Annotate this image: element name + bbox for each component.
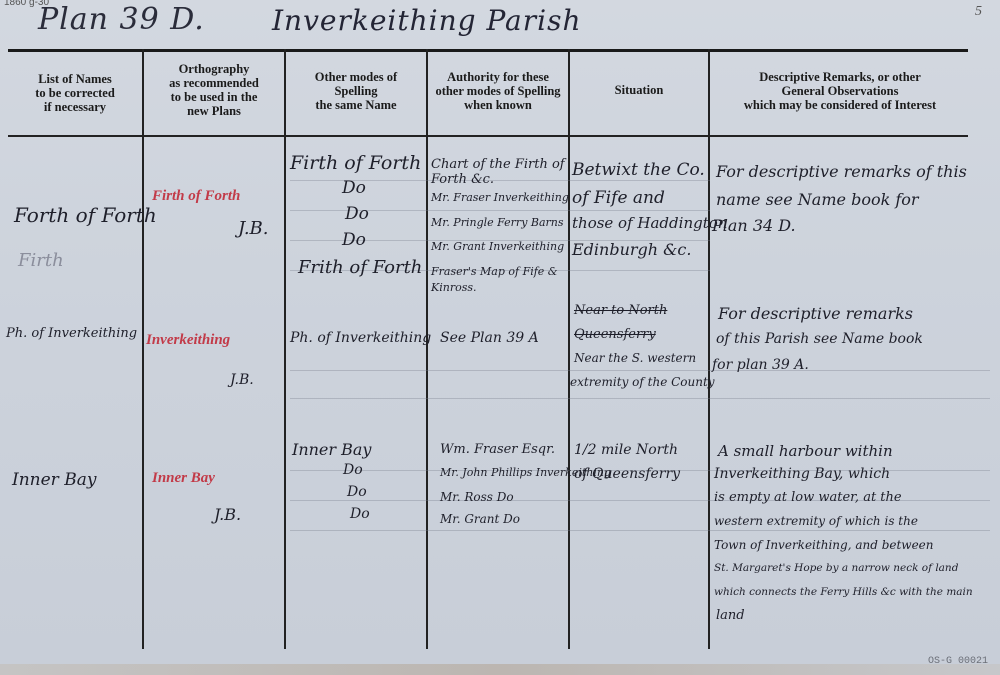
authority: Fraser's Map of Fife & Kinross. <box>431 264 561 296</box>
header-remarks: Descriptive Remarks, or other General Ob… <box>712 70 968 112</box>
remark-line: name see Name book for <box>716 190 919 209</box>
column-divider <box>284 49 286 649</box>
other-mode: Do <box>347 484 367 500</box>
entry-initials: J.B. <box>238 218 269 239</box>
remark-line: For descriptive remarks of this <box>716 162 967 181</box>
other-mode: Do <box>342 230 366 250</box>
remark-line: for plan 39 A. <box>712 357 809 373</box>
ruled-line <box>290 530 990 531</box>
entry-name: Ph. of Inverkeithing <box>6 326 137 341</box>
situation-struck: Near to North <box>574 303 667 318</box>
other-mode: Do <box>345 204 369 224</box>
entry-name: Forth of Forth <box>14 203 157 227</box>
situation: extremity of the County <box>570 375 715 389</box>
column-divider <box>142 49 144 649</box>
entry-initials: J.B. <box>214 505 241 524</box>
authority: Mr. Fraser Inverkeithing <box>431 191 569 204</box>
remark-line: which connects the Ferry Hills &c with t… <box>714 586 973 598</box>
authority: Mr. Ross Do <box>440 490 514 504</box>
ruled-line <box>290 370 990 371</box>
situation: of Fife and <box>572 188 665 208</box>
column-divider <box>568 49 570 649</box>
remark-line: St. Margaret's Hope by a narrow neck of … <box>714 562 958 574</box>
header-rule <box>8 135 968 137</box>
remark-line: of this Parish see Name book <box>716 331 923 347</box>
situation-struck: Queensferry <box>574 327 656 342</box>
plan-label: Plan 39 D. <box>38 2 205 37</box>
column-divider <box>708 49 710 649</box>
entry-orthography: Firth of Forth <box>152 188 240 205</box>
header-orthography: Orthography as recommended to be used in… <box>146 62 282 118</box>
other-mode: Inner Bay <box>292 440 371 459</box>
parish-title: Inverkeithing Parish <box>272 4 581 37</box>
name-book-page: 1860 g-30 Plan 39 D. Inverkeithing Paris… <box>0 0 1000 675</box>
remark-line: Town of Inverkeithing, and between <box>714 538 934 552</box>
situation: those of Haddington <box>572 214 727 232</box>
archive-stamp: OS-G 00021 <box>928 656 988 667</box>
remark-line: Inverkeithing Bay, which <box>714 466 890 482</box>
other-mode: Frith of Forth <box>298 257 422 278</box>
remark-line: For descriptive remarks <box>718 304 913 323</box>
remark-line: Plan 34 D. <box>712 216 796 235</box>
column-divider <box>426 49 428 649</box>
authority: Wm. Fraser Esqr. <box>440 442 555 457</box>
header-other-modes: Other modes of Spelling the same Name <box>288 70 424 112</box>
entry-initials: J.B. <box>230 372 254 388</box>
other-mode: Do <box>342 178 366 198</box>
page-number: 5 <box>975 4 982 20</box>
remark-line: western extremity of which is the <box>714 514 918 528</box>
authority: Mr. Pringle Ferry Barns <box>431 216 564 229</box>
situation: Edinburgh &c. <box>572 240 691 259</box>
situation: Near the S. western <box>574 351 696 365</box>
other-mode: Do <box>350 506 370 522</box>
header-authority: Authority for these other modes of Spell… <box>428 70 568 112</box>
header-names: List of Names to be corrected if necessa… <box>10 72 140 114</box>
header-situation: Situation <box>572 83 706 97</box>
entry-orthography: Inner Bay <box>152 470 215 487</box>
other-mode: Firth of Forth <box>290 152 421 174</box>
situation: Betwixt the Co. <box>572 160 705 180</box>
paper-edge-stain <box>0 664 1000 675</box>
other-mode: Do <box>343 462 363 478</box>
authority: Mr. Grant Do <box>440 512 520 526</box>
situation: of Queensferry <box>574 466 680 482</box>
ruled-line <box>290 398 990 399</box>
authority: Mr. Grant Inverkeithing <box>431 240 564 253</box>
other-mode: Ph. of Inverkeithing <box>290 330 431 346</box>
remark-line: is empty at low water, at the <box>714 490 902 505</box>
situation: 1/2 mile North <box>574 442 678 458</box>
remark-line: A small harbour within <box>718 442 893 460</box>
entry-name: Inner Bay <box>12 470 96 490</box>
authority: Chart of the Firth of Forth &c. <box>431 157 567 187</box>
remark-line: land <box>716 608 745 623</box>
authority: See Plan 39 A <box>440 330 539 346</box>
entry-name-faint: Firth <box>18 250 64 271</box>
top-rule <box>8 49 968 52</box>
entry-orthography: Inverkeithing <box>146 332 230 349</box>
